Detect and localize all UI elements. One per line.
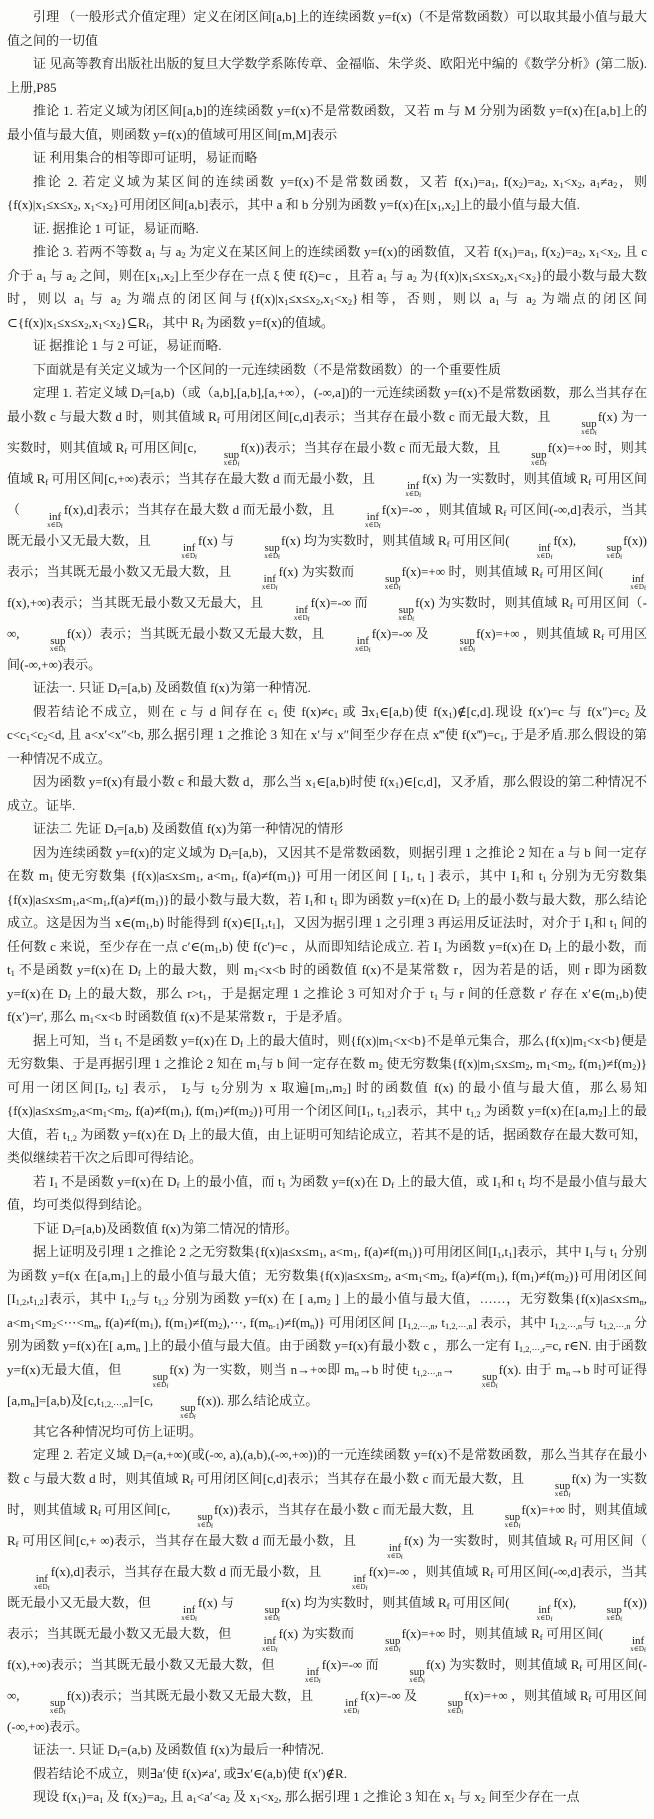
inf-limit-operator: infx∈Df [236, 574, 278, 591]
document-body: 引理 （一般形式介值定理）定义在闭区间[a,b]上的连续函数 y=f(x)（不是… [7, 5, 647, 1809]
inf-limit-operator: infx∈Df [236, 1636, 278, 1653]
paragraph-24: 现设 f(x1)=a1 及 f(x2)=a2, 且 a1<a′<a2 及 x1<… [7, 1785, 647, 1809]
paragraph-4: 证 利用集合的相等即可证明，易证而略 [7, 146, 647, 170]
sup-limit-operator: supx∈Df [529, 1481, 571, 1498]
paragraph-5: 推论 2. 若定义域为某区间的连续函数 y=f(x)不是常数函数，又若 f(x1… [7, 170, 647, 217]
paragraph-19: 据上证明及引理 1 之推论 2 之无穷数集{f(x)|a≤x≤m1, a<m1,… [7, 1240, 647, 1420]
document-page: 引理 （一般形式介值定理）定义在闭区间[a,b]上的连续函数 y=f(x)（不是… [0, 0, 654, 1819]
paragraph-2: 证 见高等教育出版社出版的复旦大学数学系陈传章、金福临、朱学炎、欧阳光中编的《数… [7, 52, 647, 99]
paragraph-1: 引理 （一般形式介值定理）定义在闭区间[a,b]上的连续函数 y=f(x)（不是… [7, 5, 647, 52]
sup-limit-operator: supx∈Df [238, 543, 280, 560]
inf-limit-operator: infx∈Df [361, 1543, 403, 1560]
paragraph-14: 证法二 先证 Df=[a,b) 及函数值 f(x)为第一种情况的情形 [7, 817, 647, 841]
paragraph-16: 据上可知，当 t1 不是函数 y=f(x)在 Df 上的最大值时，则{f(x)|… [7, 1029, 647, 1170]
paragraph-11: 证法一. 只证 Df=[a,b) 及函数值 f(x)为第一种情况. [7, 676, 647, 700]
paragraph-23: 假若结论不成立，则∃a′使 f(x)≠a′, 或∃x′∈(a,b)使 f(x′)… [7, 1762, 647, 1786]
inf-limit-operator: infx∈Df [155, 543, 197, 560]
sup-limit-operator: supx∈Df [456, 1372, 498, 1389]
paragraph-8: 证 据推论 1 与 2 可证，易证而略. [7, 334, 647, 358]
inf-limit-operator: infx∈Df [339, 512, 381, 529]
paragraph-7: 推论 3. 若两不等数 a1 与 a2 为定义在某区间上的连续函数 y=f(x)… [7, 240, 647, 334]
sup-limit-operator: supx∈Df [433, 636, 475, 653]
sup-limit-operator: supx∈Df [24, 636, 66, 653]
inf-limit-operator: infx∈Df [379, 481, 421, 498]
inf-limit-operator: infx∈Df [318, 1698, 360, 1715]
inf-limit-operator: infx∈Df [604, 574, 646, 591]
inf-limit-operator: infx∈Df [329, 636, 371, 653]
paragraph-22: 证法一. 只证 Df=(a,b) 及函数值 f(x)为最后一种情况. [7, 1738, 647, 1762]
sup-limit-operator: supx∈Df [555, 419, 597, 436]
sup-limit-operator: supx∈Df [154, 1403, 196, 1420]
inf-limit-operator: infx∈Df [511, 1605, 553, 1622]
paragraph-6: 证. 据推论 1 可证，易证而略. [7, 217, 647, 241]
inf-limit-operator: infx∈Df [511, 543, 553, 560]
sup-limit-operator: supx∈Df [580, 1605, 622, 1622]
sup-limit-operator: supx∈Df [383, 1667, 425, 1684]
sup-limit-operator: supx∈Df [238, 1605, 280, 1622]
paragraph-3: 推论 1. 若定义域为闭区间[a,b]的连续函数 y=f(x)不是常数函数，又若… [7, 99, 647, 146]
inf-limit-operator: infx∈Df [21, 512, 63, 529]
sup-limit-operator: supx∈Df [580, 543, 622, 560]
paragraph-21: 定理 2. 若定义域 Df=(a,+∞)(或(-∞, a),(a,b),(-∞,… [7, 1443, 647, 1738]
sup-limit-operator: supx∈Df [24, 1698, 66, 1715]
inf-limit-operator: infx∈Df [268, 605, 310, 622]
sup-limit-operator: supx∈Df [198, 450, 240, 467]
sup-limit-operator: supx∈Df [171, 1512, 213, 1529]
inf-limit-operator: infx∈Df [155, 1605, 197, 1622]
sup-limit-operator: supx∈Df [359, 574, 401, 591]
sup-limit-operator: supx∈Df [359, 1636, 401, 1653]
paragraph-15: 因为连续函数 y=f(x)的定义域为 Df=[a,b)，又因其不是常数函数，则据… [7, 841, 647, 1029]
paragraph-20: 其它各种情况均可仿上证明。 [7, 1420, 647, 1444]
sup-limit-operator: supx∈Df [422, 1698, 464, 1715]
paragraph-13: 因为函数 y=f(x)有最小数 c 和最大数 d，那么当 x1∈[a,b)时使 … [7, 770, 647, 817]
paragraph-12: 假若结论不成立，则在 c 与 d 间存在 c1 使 f(x)≠c1 或 ∃x1∈… [7, 700, 647, 771]
sup-limit-operator: supx∈Df [505, 450, 547, 467]
inf-limit-operator: infx∈Df [326, 1574, 368, 1591]
sup-limit-operator: supx∈Df [127, 1372, 169, 1389]
sup-limit-operator: supx∈Df [372, 605, 414, 622]
paragraph-17: 若 I1 不是函数 y=f(x)在 Df 上的最小值，而 t1 为函数 y=f(… [7, 1170, 647, 1217]
inf-limit-operator: infx∈Df [279, 1667, 321, 1684]
inf-limit-operator: infx∈Df [8, 1574, 50, 1591]
sup-limit-operator: supx∈Df [479, 1512, 521, 1529]
inf-limit-operator: infx∈Df [604, 1636, 646, 1653]
paragraph-18: 下证 Df=[a,b)及函数值 f(x)为第二情况的情形。 [7, 1217, 647, 1241]
paragraph-9: 下面就是有关定义域为一个区间的一元连续函数（不是常数函数）的一个重要性质 [7, 358, 647, 382]
paragraph-10: 定理 1. 若定义域 Df=[a,b)（或（a,b],[a,b],[a,+∞），… [7, 381, 647, 676]
